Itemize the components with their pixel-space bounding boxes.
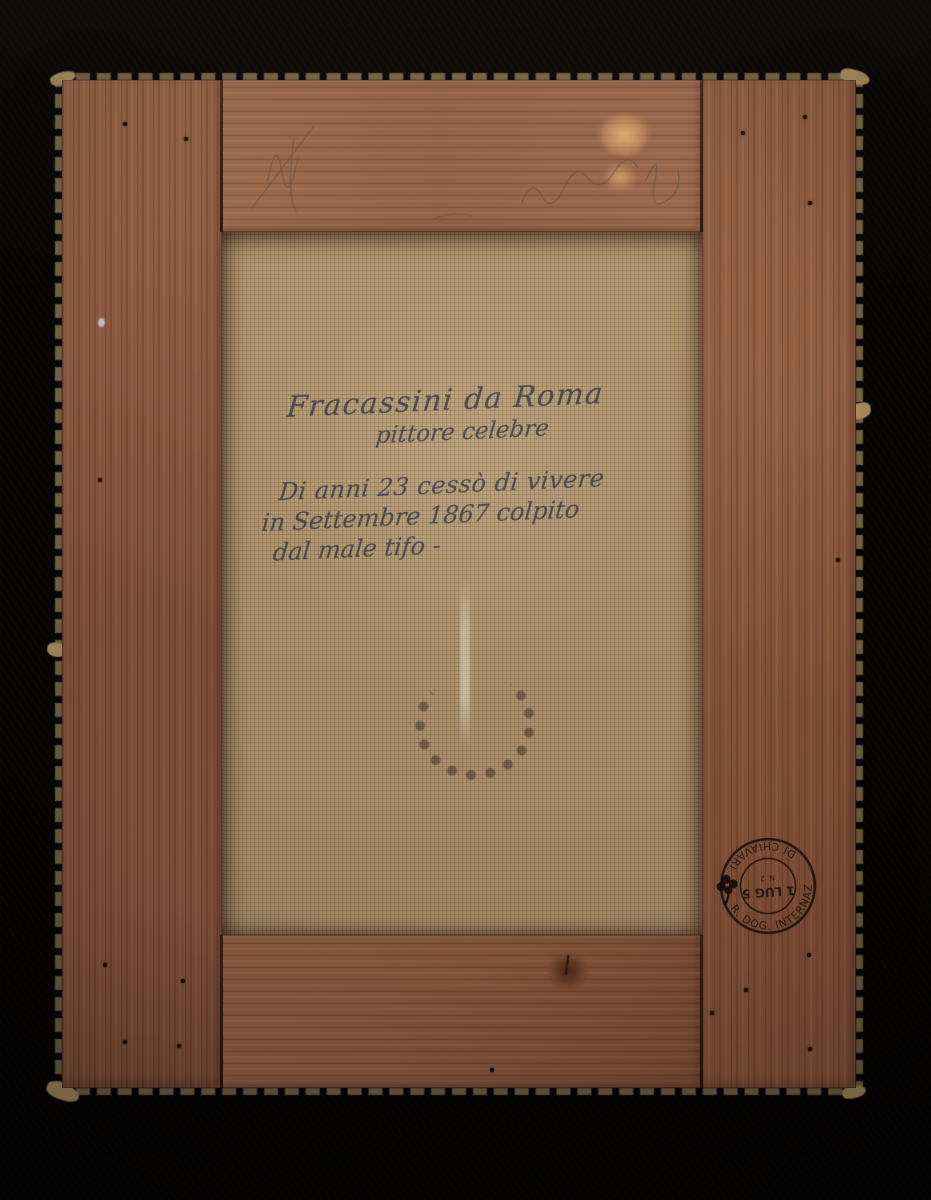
worm-hole: [744, 988, 748, 992]
worm-hole: [98, 478, 102, 482]
faded-round-stamp-mark: [409, 662, 540, 786]
stretcher-bar-bottom: [222, 935, 702, 1088]
worm-hole: [181, 979, 185, 983]
joint-seam: [220, 80, 223, 232]
handwritten-inscription: Fracassini da Roma pittore celebre Di an…: [272, 370, 709, 567]
clover-mark: [715, 873, 742, 907]
stretcher-bar-left: [62, 80, 222, 1088]
worm-hole: [741, 131, 745, 135]
worm-hole: [490, 1068, 494, 1072]
stamp-number-text: N. 2: [760, 873, 775, 883]
customs-stamp: R. DOG. INTERNAZ DI CHIAVARI 1 LUG 5 N. …: [702, 820, 835, 953]
joint-seam: [700, 80, 703, 232]
pencil-scribbles: [222, 80, 702, 232]
burlap-canvas: Fracassini da Roma pittore celebre Di an…: [222, 232, 702, 935]
worm-hole: [808, 1047, 812, 1051]
worm-hole: [803, 115, 807, 119]
photo-painting-verso: Fracassini da Roma pittore celebre Di an…: [0, 0, 931, 1200]
worm-hole: [836, 558, 840, 562]
worm-hole: [808, 201, 812, 205]
wood-knot: [540, 945, 596, 997]
joint-seam: [220, 935, 223, 1088]
stamp-date-text: 1 LUG 5: [742, 883, 796, 901]
paint-speck: [98, 318, 105, 327]
worm-hole: [710, 1011, 714, 1015]
worm-hole: [123, 1040, 127, 1044]
joint-seam: [700, 935, 703, 1088]
worm-hole: [807, 953, 811, 957]
worm-hole: [177, 1044, 181, 1048]
worm-hole: [103, 963, 107, 967]
worm-hole: [184, 137, 188, 141]
worm-hole: [123, 122, 127, 126]
